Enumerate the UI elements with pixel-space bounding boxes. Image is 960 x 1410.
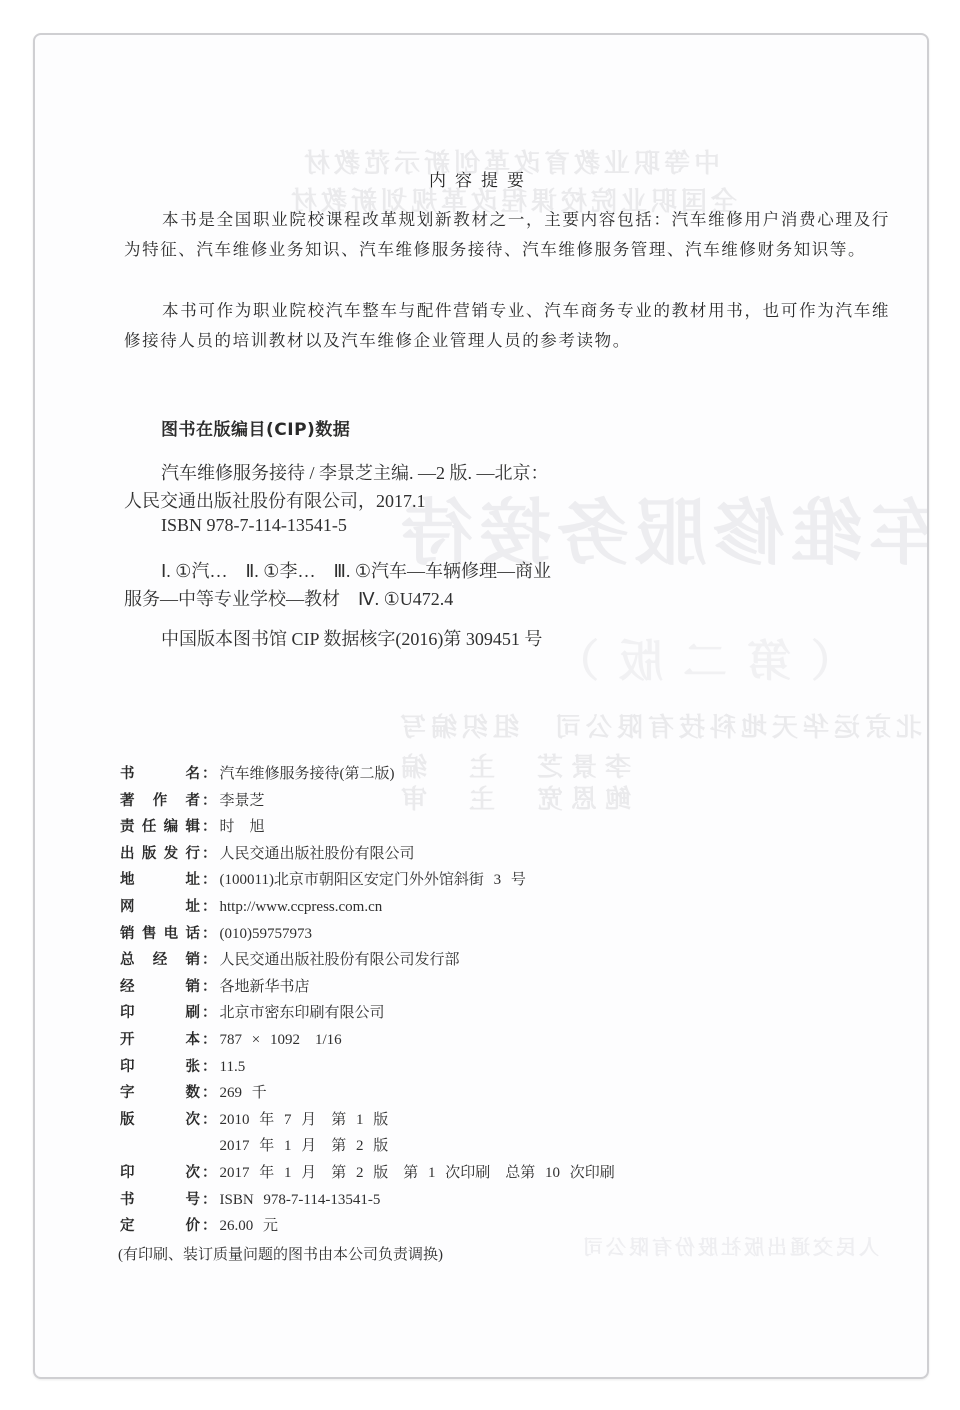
colophon-value: ISBN 978-7-114-13541-5 [220, 1192, 381, 1209]
colophon-label: 著作者 [120, 789, 200, 810]
colophon-row-sheets: 印张：11.5 [120, 1055, 820, 1082]
colophon-value: 北京市密东印刷有限公司 [220, 1001, 385, 1022]
colophon-colon: ： [200, 922, 220, 943]
colophon-value: 269 千 [220, 1081, 267, 1102]
colophon-row-editor: 责任编辑：时 旭 [120, 815, 820, 842]
colophon-colon: ： [200, 1081, 220, 1102]
colophon-row-edition-continued: 版次：2017 年 1 月 第 2 版 [120, 1134, 820, 1161]
colophon-row-edition: 版次：2010 年 7 月 第 1 版 [120, 1108, 820, 1135]
colophon-row-sales-phone: 销售电话：(010)59757973 [120, 922, 820, 949]
colophon-value: 汽车维修服务接待(第二版) [220, 762, 395, 783]
colophon-label: 地址 [120, 868, 200, 889]
colophon-colon: ： [200, 762, 220, 783]
colophon-value: 787 × 1092 1/16 [220, 1028, 342, 1049]
colophon-row-isbn: 书号：ISBN 978-7-114-13541-5 [120, 1188, 820, 1215]
colophon-label: 印张 [120, 1055, 200, 1076]
colophon-row-word-count: 字数：269 千 [120, 1081, 820, 1108]
colophon-row-printing: 印次：2017 年 1 月 第 2 版 第 1 次印刷 总第 10 次印刷 [120, 1161, 820, 1188]
colophon-value: 时 旭 [220, 815, 265, 836]
colophon-colon: ： [200, 1028, 220, 1049]
colophon-label: 书名 [120, 762, 200, 783]
colophon-row-general-distributor: 总经销：人民交通出版社股份有限公司发行部 [120, 948, 820, 975]
colophon-label: 定价 [120, 1214, 200, 1235]
colophon-label: 印刷 [120, 1001, 200, 1022]
colophon-label: 网址 [120, 895, 200, 916]
colophon-value: 2010 年 7 月 第 1 版 [220, 1108, 389, 1129]
colophon-label: 字数 [120, 1081, 200, 1102]
colophon-colon: ： [200, 868, 220, 889]
show-through-organizer: 北京运华天地科技有限公司 组织编写 [395, 707, 922, 744]
show-through-edition: （第二版） [535, 625, 855, 689]
colophon-label: 版次 [120, 1108, 200, 1129]
colophon-table: 书名：汽车维修服务接待(第二版) 著作者：李景芝 责任编辑：时 旭 出版发行：人… [120, 762, 820, 1264]
summary-paragraph: 本书可作为职业院校汽车整车与配件营销专业、汽车商务专业的教材用书，也可作为汽车维… [124, 296, 890, 356]
colophon-colon: ： [200, 895, 220, 916]
copyright-page: 中等职业教育改革创新示范教材 全国职业院校课程改革规划新教材 汽车维修服务接待 … [33, 33, 929, 1379]
colophon-label: 出版发行 [120, 842, 200, 863]
colophon-colon: ： [200, 975, 220, 996]
colophon-value: 11.5 [220, 1059, 246, 1076]
quality-notice: (有印刷、装订质量问题的图书由本公司负责调换) [118, 1243, 820, 1264]
colophon-colon: ： [200, 789, 220, 810]
summary-paragraph: 本书是全国职业院校课程改革规划新教材之一，主要内容包括：汽车维修用户消费心理及行… [124, 205, 890, 265]
colophon-label: 印次 [120, 1161, 200, 1182]
colophon-row-distributor: 经销：各地新华书店 [120, 975, 820, 1002]
colophon-label: 经销 [120, 975, 200, 996]
colophon-colon: ： [200, 815, 220, 836]
colophon-label: 责任编辑 [120, 815, 200, 836]
colophon-value: 各地新华书店 [220, 975, 310, 996]
cip-isbn-line: ISBN 978-7-114-13541-5 [161, 515, 347, 536]
colophon-row-price: 定价：26.00 元 [120, 1214, 820, 1241]
colophon-value: 李景芝 [220, 789, 265, 810]
colophon-value: 2017 年 1 月 第 2 版 第 1 次印刷 总第 10 次印刷 [220, 1161, 615, 1182]
cip-classification-line: Ⅰ. ①汽… Ⅱ. ①李… Ⅲ. ①汽车—车辆修理—商业 [161, 557, 551, 583]
colophon-website-link: http://www.ccpress.com.cn [220, 899, 383, 916]
colophon-row-title: 书名：汽车维修服务接待(第二版) [120, 762, 820, 789]
colophon-colon: ： [200, 1214, 220, 1235]
colophon-colon: ： [200, 1161, 220, 1182]
colophon-value: (010)59757973 [220, 926, 313, 943]
colophon-value: (100011)北京市朝阳区安定门外外馆斜街 3 号 [220, 868, 526, 889]
cip-record-number: 中国版本图书馆 CIP 数据核字(2016)第 309451 号 [161, 625, 542, 651]
cip-classification-line-2: 服务—中等专业学校—教材 Ⅳ. ①U472.4 [124, 585, 453, 611]
colophon-value: 2017 年 1 月 第 2 版 [220, 1134, 389, 1155]
cip-title-line: 汽车维修服务接待 / 李景芝主编. —2 版. —北京： [161, 459, 549, 485]
cip-publisher-line: 人民交通出版社股份有限公司，2017.1 [124, 487, 426, 513]
colophon-colon: ： [200, 1188, 220, 1209]
colophon-colon: ： [200, 948, 220, 969]
colophon-row-website: 网址：http://www.ccpress.com.cn [120, 895, 820, 922]
colophon-colon: ： [200, 1055, 220, 1076]
colophon-row-publisher: 出版发行：人民交通出版社股份有限公司 [120, 842, 820, 869]
colophon-row-format: 开本：787 × 1092 1/16 [120, 1028, 820, 1055]
colophon-colon: ： [200, 842, 220, 863]
colophon-label: 书号 [120, 1188, 200, 1209]
colophon-label: 开本 [120, 1028, 200, 1049]
colophon-label: 总经销 [120, 948, 200, 969]
colophon-colon: ： [200, 1108, 220, 1129]
colophon-row-author: 著作者：李景芝 [120, 789, 820, 816]
colophon-colon: ： [200, 1001, 220, 1022]
colophon-value: 人民交通出版社股份有限公司发行部 [220, 948, 460, 969]
summary-title: 内容提要 [35, 166, 927, 191]
colophon-row-printer: 印刷：北京市密东印刷有限公司 [120, 1001, 820, 1028]
colophon-label: 销售电话 [120, 922, 200, 943]
colophon-row-address: 地址：(100011)北京市朝阳区安定门外外馆斜街 3 号 [120, 868, 820, 895]
colophon-value: 人民交通出版社股份有限公司 [220, 842, 415, 863]
cip-heading: 图书在版编目(CIP)数据 [161, 415, 350, 440]
colophon-value: 26.00 元 [220, 1214, 279, 1235]
